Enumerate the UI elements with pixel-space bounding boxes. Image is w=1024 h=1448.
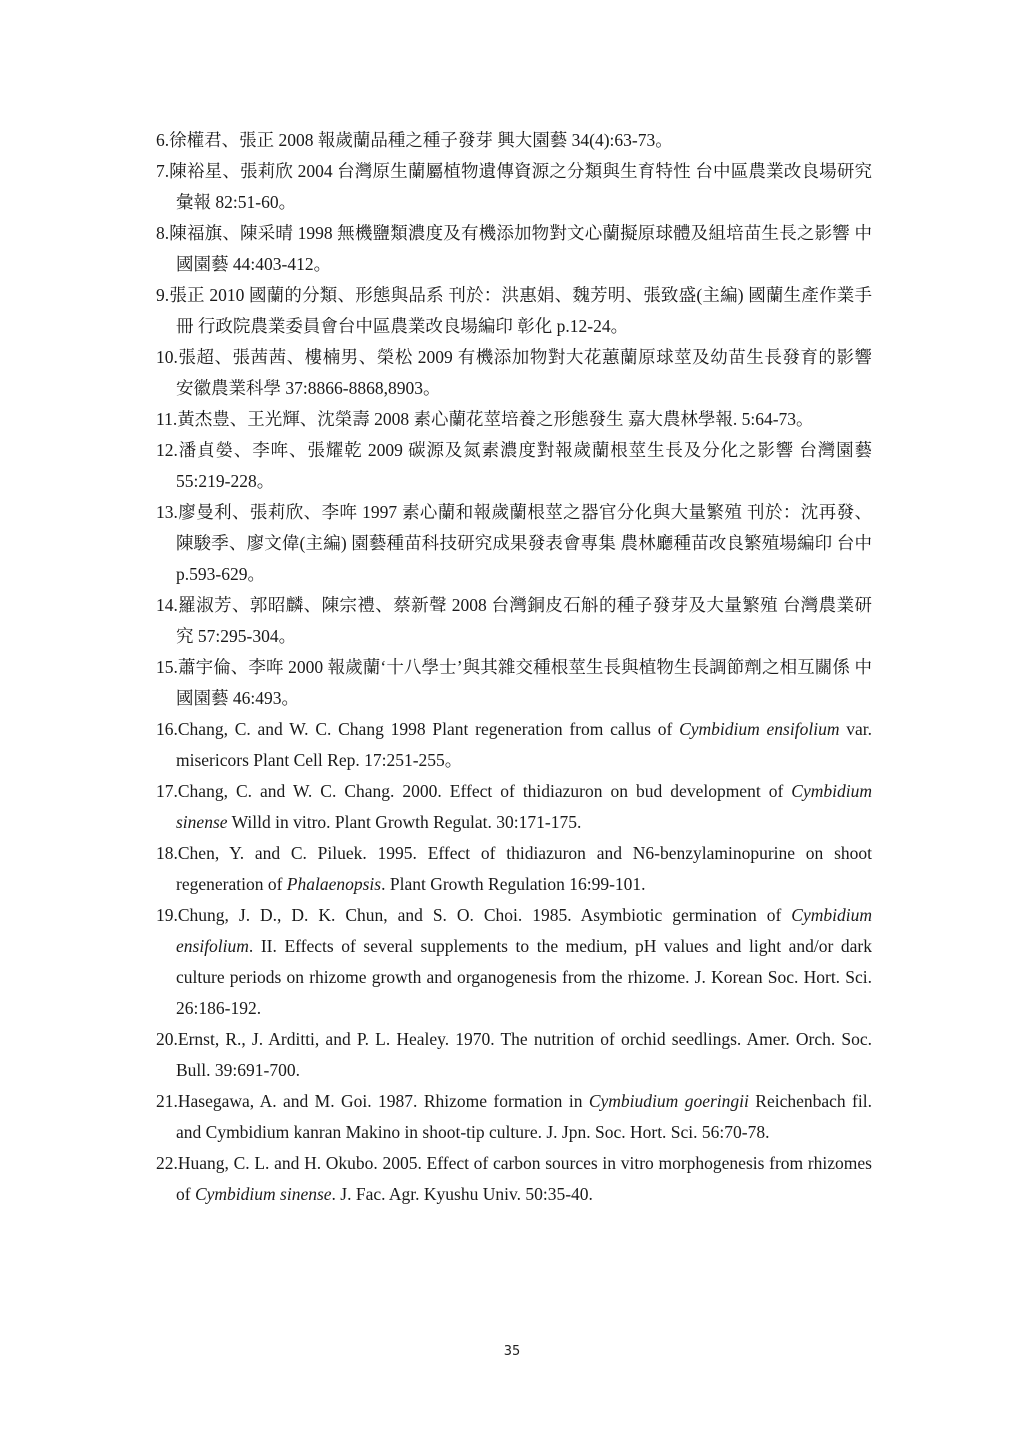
- reference-number: 20.: [156, 1029, 178, 1049]
- species-name: Phalaenopsis: [287, 874, 381, 894]
- reference-number: 9.: [156, 285, 169, 305]
- reference-item: 20.Ernst, R., J. Arditti, and P. L. Heal…: [156, 1024, 872, 1086]
- reference-number: 21.: [156, 1091, 178, 1111]
- reference-item: 10.張超、張茜茜、樓楠男、榮松 2009 有機添加物對大花蕙蘭原球莖及幼苗生長…: [156, 342, 872, 404]
- reference-number: 14.: [156, 595, 178, 615]
- reference-item: 14.羅淑芳、郭昭麟、陳宗禮、蔡新聲 2008 台灣銅皮石斛的種子發芽及大量繁殖…: [156, 590, 872, 652]
- species-name: Cymbidium sinense: [195, 1184, 332, 1204]
- reference-number: 19.: [156, 905, 178, 925]
- reference-list: 6.徐權君、張正 2008 報歲蘭品種之種子發芽 興大園藝 34(4):63-7…: [156, 125, 872, 1210]
- reference-item: 16.Chang, C. and W. C. Chang 1998 Plant …: [156, 714, 872, 776]
- reference-text: Chang, C. and W. C. Chang. 2000. Effect …: [178, 781, 791, 801]
- reference-text: 羅淑芳、郭昭麟、陳宗禮、蔡新聲 2008 台灣銅皮石斛的種子發芽及大量繁殖 台灣…: [176, 595, 872, 646]
- reference-text: 陳福旗、陳采晴 1998 無機鹽類濃度及有機添加物對文心蘭擬原球體及組培苗生長之…: [169, 223, 872, 274]
- species-name: Cymbidium ensifolium: [679, 719, 839, 739]
- reference-number: 13.: [156, 502, 178, 522]
- page-number: 35: [0, 1344, 1024, 1359]
- reference-number: 18.: [156, 843, 178, 863]
- reference-item: 21.Hasegawa, A. and M. Goi. 1987. Rhizom…: [156, 1086, 872, 1148]
- reference-text: Ernst, R., J. Arditti, and P. L. Healey.…: [176, 1029, 872, 1080]
- reference-number: 11.: [156, 409, 177, 429]
- reference-text: 徐權君、張正 2008 報歲蘭品種之種子發芽 興大園藝 34(4):63-73。: [169, 130, 673, 150]
- reference-number: 8.: [156, 223, 169, 243]
- reference-number: 22.: [156, 1153, 178, 1173]
- reference-item: 15.蕭宇倫、李哖 2000 報歲蘭‘十八學士’與其雜交種根莖生長與植物生長調節…: [156, 652, 872, 714]
- reference-item: 19.Chung, J. D., D. K. Chun, and S. O. C…: [156, 900, 872, 1024]
- document-page: 6.徐權君、張正 2008 報歲蘭品種之種子發芽 興大園藝 34(4):63-7…: [0, 0, 1024, 1448]
- reference-item: 6.徐權君、張正 2008 報歲蘭品種之種子發芽 興大園藝 34(4):63-7…: [156, 125, 872, 156]
- reference-item: 13.廖曼利、張莉欣、李哖 1997 素心蘭和報歲蘭根莖之器官分化與大量繁殖 刊…: [156, 497, 872, 590]
- reference-item: 18.Chen, Y. and C. Piluek. 1995. Effect …: [156, 838, 872, 900]
- reference-text: Chang, C. and W. C. Chang 1998 Plant reg…: [178, 719, 679, 739]
- reference-number: 10.: [156, 347, 178, 367]
- reference-number: 16.: [156, 719, 178, 739]
- reference-number: 15.: [156, 657, 178, 677]
- reference-text: Hasegawa, A. and M. Goi. 1987. Rhizome f…: [178, 1091, 589, 1111]
- reference-item: 11.黃杰豊、王光輝、沈榮壽 2008 素心蘭花莖培養之形態發生 嘉大農林學報.…: [156, 404, 872, 435]
- reference-text: . II. Effects of several supplements to …: [176, 936, 872, 1018]
- reference-item: 7.陳裕星、張莉欣 2004 台灣原生蘭屬植物遺傳資源之分類與生育特性 台中區農…: [156, 156, 872, 218]
- reference-number: 12.: [156, 440, 178, 460]
- reference-text: . Plant Growth Regulation 16:99-101.: [381, 874, 645, 894]
- reference-text: 陳裕星、張莉欣 2004 台灣原生蘭屬植物遺傳資源之分類與生育特性 台中區農業改…: [169, 161, 872, 212]
- reference-text: 張正 2010 國蘭的分類、形態與品系 刊於：洪惠娟、魏芳明、張致盛(主編) 國…: [169, 285, 872, 336]
- reference-text: 蕭宇倫、李哖 2000 報歲蘭‘十八學士’與其雜交種根莖生長與植物生長調節劑之相…: [176, 657, 872, 708]
- reference-number: 6.: [156, 130, 169, 150]
- reference-item: 17.Chang, C. and W. C. Chang. 2000. Effe…: [156, 776, 872, 838]
- reference-text: 黃杰豊、王光輝、沈榮壽 2008 素心蘭花莖培養之形態發生 嘉大農林學報. 5:…: [177, 409, 813, 429]
- reference-item: 12.潘貞嫈、李哖、張耀乾 2009 碳源及氮素濃度對報歲蘭根莖生長及分化之影響…: [156, 435, 872, 497]
- reference-text: 潘貞嫈、李哖、張耀乾 2009 碳源及氮素濃度對報歲蘭根莖生長及分化之影響 台灣…: [176, 440, 872, 491]
- reference-text: Willd in vitro. Plant Growth Regulat. 30…: [228, 812, 582, 832]
- reference-text: 廖曼利、張莉欣、李哖 1997 素心蘭和報歲蘭根莖之器官分化與大量繁殖 刊於：沈…: [176, 502, 872, 584]
- reference-number: 17.: [156, 781, 178, 801]
- reference-text: Chung, J. D., D. K. Chun, and S. O. Choi…: [178, 905, 791, 925]
- reference-item: 22.Huang, C. L. and H. Okubo. 2005. Effe…: [156, 1148, 872, 1210]
- reference-number: 7.: [156, 161, 169, 181]
- reference-item: 9.張正 2010 國蘭的分類、形態與品系 刊於：洪惠娟、魏芳明、張致盛(主編)…: [156, 280, 872, 342]
- species-name: Cymbiudium goeringii: [589, 1091, 749, 1111]
- reference-text: 張超、張茜茜、樓楠男、榮松 2009 有機添加物對大花蕙蘭原球莖及幼苗生長發育的…: [176, 347, 872, 398]
- reference-text: . J. Fac. Agr. Kyushu Univ. 50:35-40.: [332, 1184, 593, 1204]
- reference-item: 8.陳福旗、陳采晴 1998 無機鹽類濃度及有機添加物對文心蘭擬原球體及組培苗生…: [156, 218, 872, 280]
